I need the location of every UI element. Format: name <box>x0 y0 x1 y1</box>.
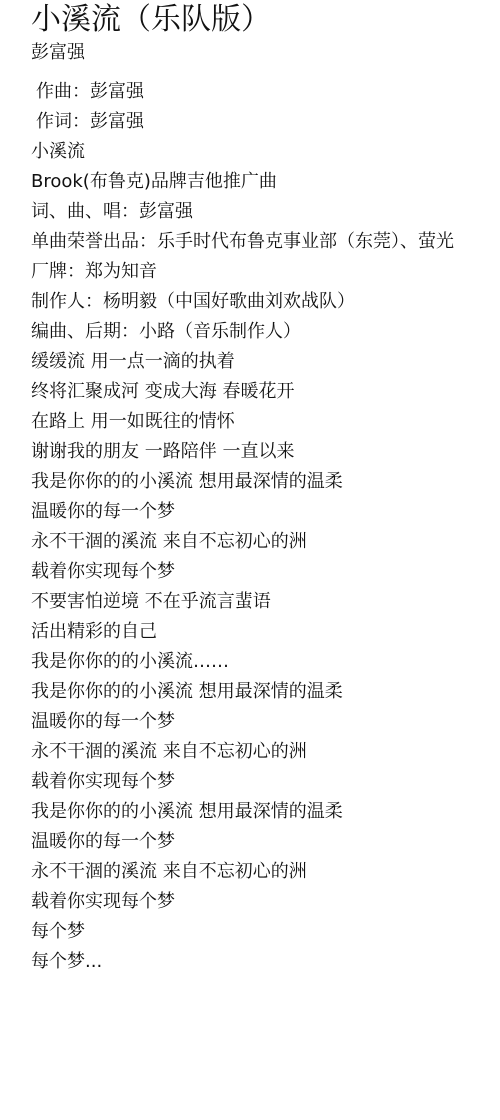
lyric-line: 温暖你的每一个梦 <box>31 827 500 857</box>
lyric-line: 永不干涸的溪流 来自不忘初心的洲 <box>31 527 500 557</box>
lyric-line: 载着你实现每个梦 <box>31 767 500 797</box>
lyric-line: 在路上 用一如既往的情怀 <box>31 407 500 437</box>
lyric-line: 永不干涸的溪流 来自不忘初心的洲 <box>31 857 500 887</box>
lyric-line: 温暖你的每一个梦 <box>31 707 500 737</box>
lyric-line: 编曲、后期：小路（音乐制作人） <box>31 317 500 347</box>
lyric-line: 活出精彩的自己 <box>31 617 500 647</box>
lyrics-page: 小溪流（乐队版） 彭富强 作曲：彭富强 作词：彭富强 小溪流 Brook(布鲁克… <box>31 0 500 977</box>
lyrics-body: 作曲：彭富强 作词：彭富强 小溪流 Brook(布鲁克)品牌吉他推广曲 词、曲、… <box>31 77 500 977</box>
lyric-line: 厂牌：郑为知音 <box>31 257 500 287</box>
lyric-line: 词、曲、唱：彭富强 <box>31 197 500 227</box>
song-title: 小溪流（乐队版） <box>31 0 500 39</box>
lyric-line: 不要害怕逆境 不在乎流言蜚语 <box>31 587 500 617</box>
lyric-line: 小溪流 <box>31 137 500 167</box>
lyric-line: 载着你实现每个梦 <box>31 887 500 917</box>
lyric-line: 载着你实现每个梦 <box>31 557 500 587</box>
lyric-line: 制作人：杨明毅（中国好歌曲刘欢战队） <box>31 287 500 317</box>
lyric-line: 终将汇聚成河 变成大海 春暖花开 <box>31 377 500 407</box>
lyric-line: 单曲荣誉出品：乐手时代布鲁克事业部（东莞）、萤光 <box>31 227 500 257</box>
lyric-line: 我是你你的的小溪流 想用最深情的温柔 <box>31 797 500 827</box>
lyric-line: 永不干涸的溪流 来自不忘初心的洲 <box>31 737 500 767</box>
lyric-line: 每个梦 <box>31 917 500 947</box>
lyric-line: 谢谢我的朋友 一路陪伴 一直以来 <box>31 437 500 467</box>
credit-composer: 作曲：彭富强 <box>31 77 500 107</box>
lyric-line: 我是你你的的小溪流 想用最深情的温柔 <box>31 677 500 707</box>
lyric-line: 缓缓流 用一点一滴的执着 <box>31 347 500 377</box>
lyric-line: 每个梦... <box>31 947 500 977</box>
lyric-line: 温暖你的每一个梦 <box>31 497 500 527</box>
credit-lyricist: 作词：彭富强 <box>31 107 500 137</box>
artist-name: 彭富强 <box>31 39 500 67</box>
lyric-line: Brook(布鲁克)品牌吉他推广曲 <box>31 167 500 197</box>
lyric-line: 我是你你的的小溪流…… <box>31 647 500 677</box>
lyric-line: 我是你你的的小溪流 想用最深情的温柔 <box>31 467 500 497</box>
